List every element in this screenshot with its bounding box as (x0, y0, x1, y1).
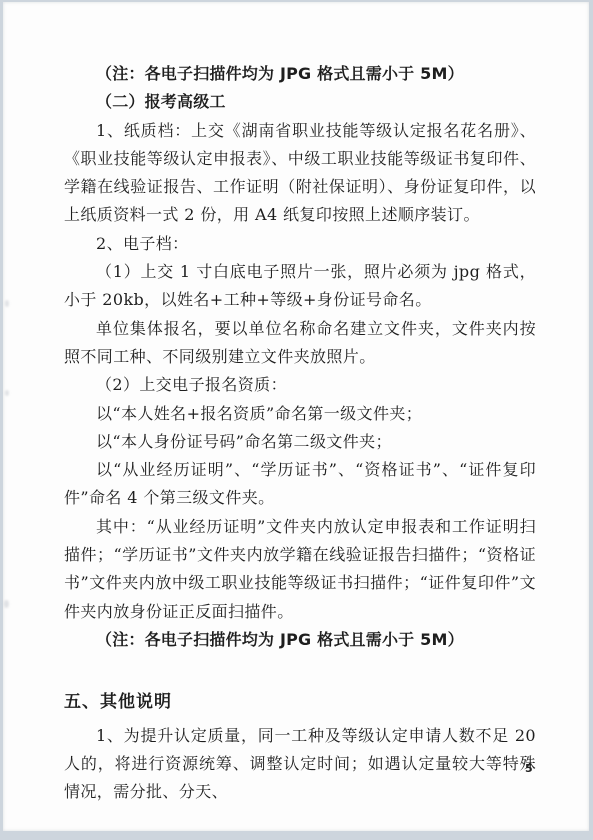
paragraph: 其中：“从业经历证明”文件夹内放认定申报表和工作证明扫描件；“学历证书”文件夹内… (64, 513, 536, 626)
paragraph: （1）上交 1 寸白底电子照片一张，照片必须为 jpg 格式，小于 20kb，以… (64, 258, 536, 315)
note-line: （注：各电子扫描件均为 JPG 格式且需小于 5M） (64, 60, 536, 88)
paragraph: 以“本人姓名+报名资质”命名第一级文件夹； (64, 400, 536, 428)
paragraph: 2、电子档： (64, 230, 536, 258)
section-subheading: （二）报考高级工 (64, 88, 536, 116)
page-text-block: （注：各电子扫描件均为 JPG 格式且需小于 5M） （二）报考高级工 1、纸质… (64, 60, 536, 806)
page-number: 5 (525, 762, 533, 775)
paragraph: 以“从业经历证明”、“学历证书”、“资格证书”、“证件复印件”命名 4 个第三级… (64, 456, 536, 513)
section-heading: 五、其他说明 (64, 688, 536, 716)
scan-smudge (4, 600, 9, 608)
paragraph: 单位集体报名，要以单位名称命名建立文件夹，文件夹内按照不同工种、不同级别建立文件… (64, 315, 536, 372)
scan-smudge (5, 390, 9, 396)
scanned-page: （注：各电子扫描件均为 JPG 格式且需小于 5M） （二）报考高级工 1、纸质… (3, 2, 589, 831)
paragraph: （2）上交电子报名资质： (64, 371, 536, 399)
paragraph: 1、为提升认定质量，同一工种及等级认定申请人数不足 20 人的，将进行资源统筹、… (64, 722, 536, 807)
paragraph: 以“本人身份证号码”命名第二级文件夹； (64, 428, 536, 456)
scan-smudge (5, 300, 9, 307)
document-viewport: （注：各电子扫描件均为 JPG 格式且需小于 5M） （二）报考高级工 1、纸质… (0, 0, 593, 840)
note-line: （注：各电子扫描件均为 JPG 格式且需小于 5M） (64, 626, 536, 654)
paragraph: 1、纸质档：上交《湖南省职业技能等级认定报名花名册》、《职业技能等级认定申报表》… (64, 117, 536, 230)
